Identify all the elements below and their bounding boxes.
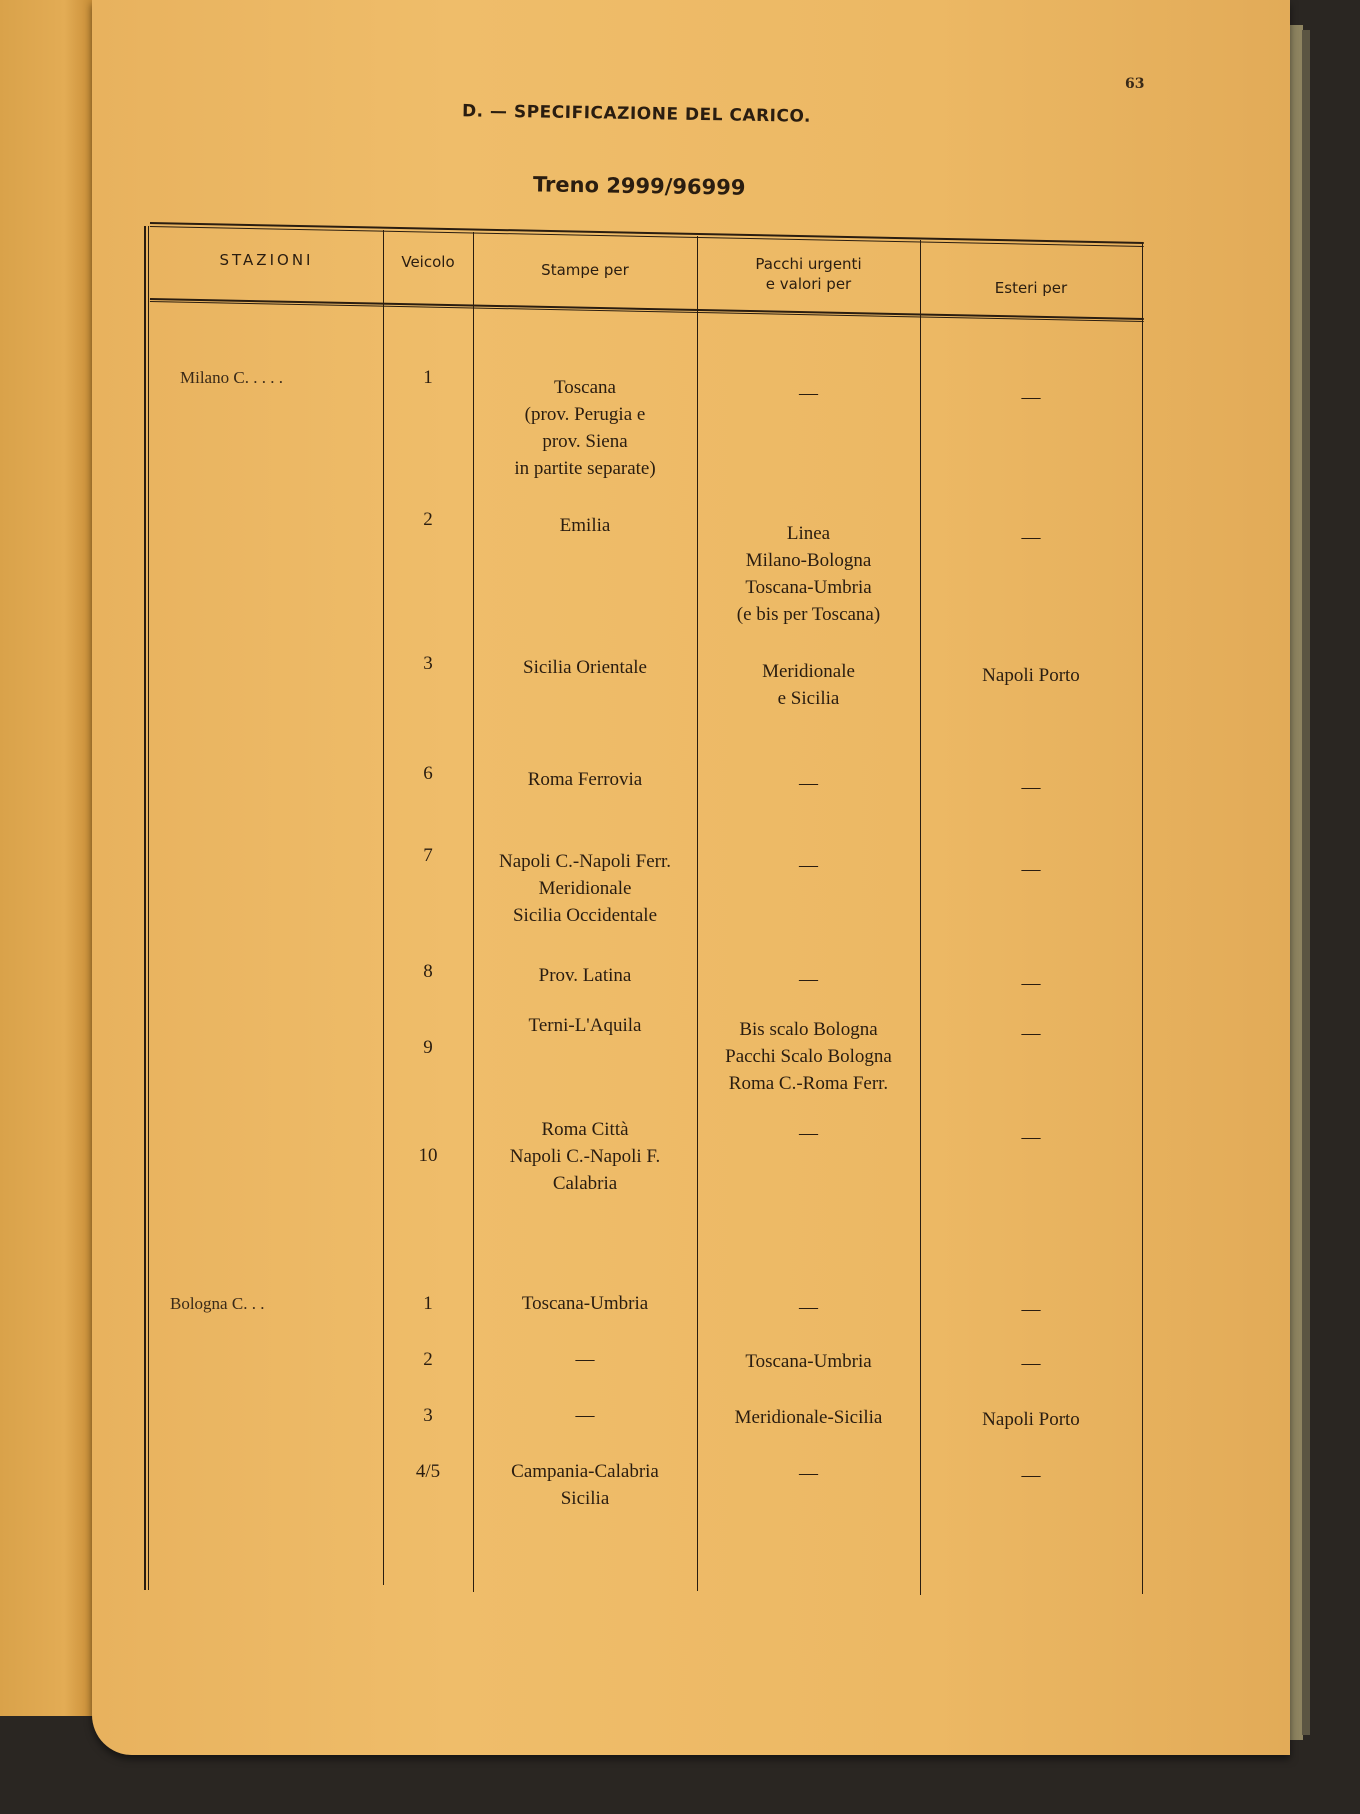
veicolo-number: 2 [383, 1346, 473, 1373]
table-header-rule [150, 298, 1144, 322]
cell-line: Pacchi Scalo Bologna [697, 1043, 920, 1070]
table-right-border [1142, 244, 1143, 1594]
esteri-cell: — [920, 774, 1142, 801]
pacchi-cell: — [697, 852, 920, 879]
veicolo-number: 8 [383, 958, 473, 985]
header-esteri: Esteri per [920, 278, 1142, 298]
cell-line: Campania-Calabria [473, 1458, 697, 1485]
veicolo-number: 1 [383, 1290, 473, 1317]
stampe-cell: Roma Ferrovia [473, 766, 697, 793]
esteri-cell: — [920, 1296, 1142, 1323]
cell-line: Meridionale [473, 875, 697, 902]
cell-line: in partite separate) [473, 455, 697, 482]
cell-line: (e bis per Toscana) [697, 601, 920, 628]
veicolo-number: 10 [383, 1142, 473, 1169]
pacchi-cell: Linea Milano-Bologna Toscana-Umbria (e b… [697, 520, 920, 628]
stampe-cell: Roma Città Napoli C.-Napoli F. Calabria [473, 1116, 697, 1197]
cell-line: Toscana-Umbria [697, 574, 920, 601]
veicolo-number: 1 [383, 364, 473, 391]
stampe-cell: Toscana (prov. Perugia e prov. Siena in … [473, 374, 697, 482]
cell-line: Roma C.-Roma Ferr. [697, 1070, 920, 1097]
pacchi-cell: — [697, 1294, 920, 1321]
page-stack-edge [1302, 30, 1310, 1735]
stampe-cell: Toscana-Umbria [473, 1290, 697, 1317]
esteri-cell: — [920, 524, 1142, 551]
esteri-cell: — [920, 1020, 1142, 1047]
pacchi-cell: — [697, 380, 920, 407]
cell-line: Roma Città [473, 1116, 697, 1143]
left-page-edge [0, 0, 94, 1716]
esteri-cell: — [920, 1124, 1142, 1151]
esteri-cell: — [920, 384, 1142, 411]
page-number: 63 [1125, 76, 1144, 92]
column-divider [920, 240, 921, 1595]
stampe-cell: Emilia [473, 512, 697, 539]
esteri-cell: — [920, 856, 1142, 883]
veicolo-number: 7 [383, 842, 473, 869]
cell-line: Bis scalo Bologna [697, 1016, 920, 1043]
cargo-table: STAZIONI Veicolo Stampe per Pacchi urgen… [150, 222, 1144, 1594]
stampe-cell: Prov. Latina [473, 962, 697, 989]
stampe-cell: Terni-L'Aquila [473, 1012, 697, 1039]
pacchi-cell: — [697, 770, 920, 797]
veicolo-number: 3 [383, 650, 473, 677]
veicolo-number: 6 [383, 760, 473, 787]
stampe-cell: Napoli C.-Napoli Ferr. Meridionale Sicil… [473, 848, 697, 929]
stampe-cell: Sicilia Orientale [473, 654, 697, 681]
esteri-cell: — [920, 1350, 1142, 1377]
header-veicolo: Veicolo [383, 252, 473, 272]
cell-line: Sicilia Occidentale [473, 902, 697, 929]
veicolo-number: 4/5 [383, 1458, 473, 1485]
column-divider [697, 236, 698, 1591]
cell-line: Meridionale [697, 658, 920, 685]
cell-line: e Sicilia [697, 685, 920, 712]
esteri-cell: Napoli Porto [920, 1406, 1142, 1433]
station-milano: Milano C. . . . . [180, 364, 283, 391]
pacchi-cell: Meridionale-Sicilia [697, 1404, 920, 1431]
pacchi-cell: Meridionale e Sicilia [697, 658, 920, 712]
stampe-cell: — [473, 1346, 697, 1373]
pacchi-cell: — [697, 966, 920, 993]
header-pacchi: Pacchi urgenti e valori per [697, 254, 920, 294]
esteri-cell: — [920, 970, 1142, 997]
esteri-cell: Napoli Porto [920, 662, 1142, 689]
column-divider [383, 230, 384, 1585]
header-stazioni: STAZIONI [150, 250, 383, 270]
table-top-rule [150, 222, 1144, 247]
cell-line: Calabria [473, 1170, 697, 1197]
stampe-cell: Campania-Calabria Sicilia [473, 1458, 697, 1512]
header-pacchi-line2: e valori per [697, 274, 920, 294]
cell-line: Napoli C.-Napoli F. [473, 1143, 697, 1170]
station-bologna: Bologna C. . . [170, 1290, 264, 1317]
header-pacchi-line1: Pacchi urgenti [697, 254, 920, 274]
veicolo-number: 3 [383, 1402, 473, 1429]
veicolo-number: 9 [383, 1034, 473, 1061]
cell-line: Sicilia [473, 1485, 697, 1512]
cell-line: Linea [697, 520, 920, 547]
cell-line: Toscana [473, 374, 697, 401]
pacchi-cell: — [697, 1460, 920, 1487]
pacchi-cell: Toscana-Umbria [697, 1348, 920, 1375]
train-title: Treno 2999/96999 [533, 172, 746, 199]
cell-line: Napoli C.-Napoli Ferr. [473, 848, 697, 875]
stampe-cell: — [473, 1402, 697, 1429]
esteri-cell: — [920, 1462, 1142, 1489]
header-stampe: Stampe per [473, 260, 697, 280]
table-left-border [144, 226, 146, 1590]
pacchi-cell: — [697, 1120, 920, 1147]
cell-line: prov. Siena [473, 428, 697, 455]
pacchi-cell: Bis scalo Bologna Pacchi Scalo Bologna R… [697, 1016, 920, 1097]
veicolo-number: 2 [383, 506, 473, 533]
cell-line: Milano-Bologna [697, 547, 920, 574]
cell-line: (prov. Perugia e [473, 401, 697, 428]
